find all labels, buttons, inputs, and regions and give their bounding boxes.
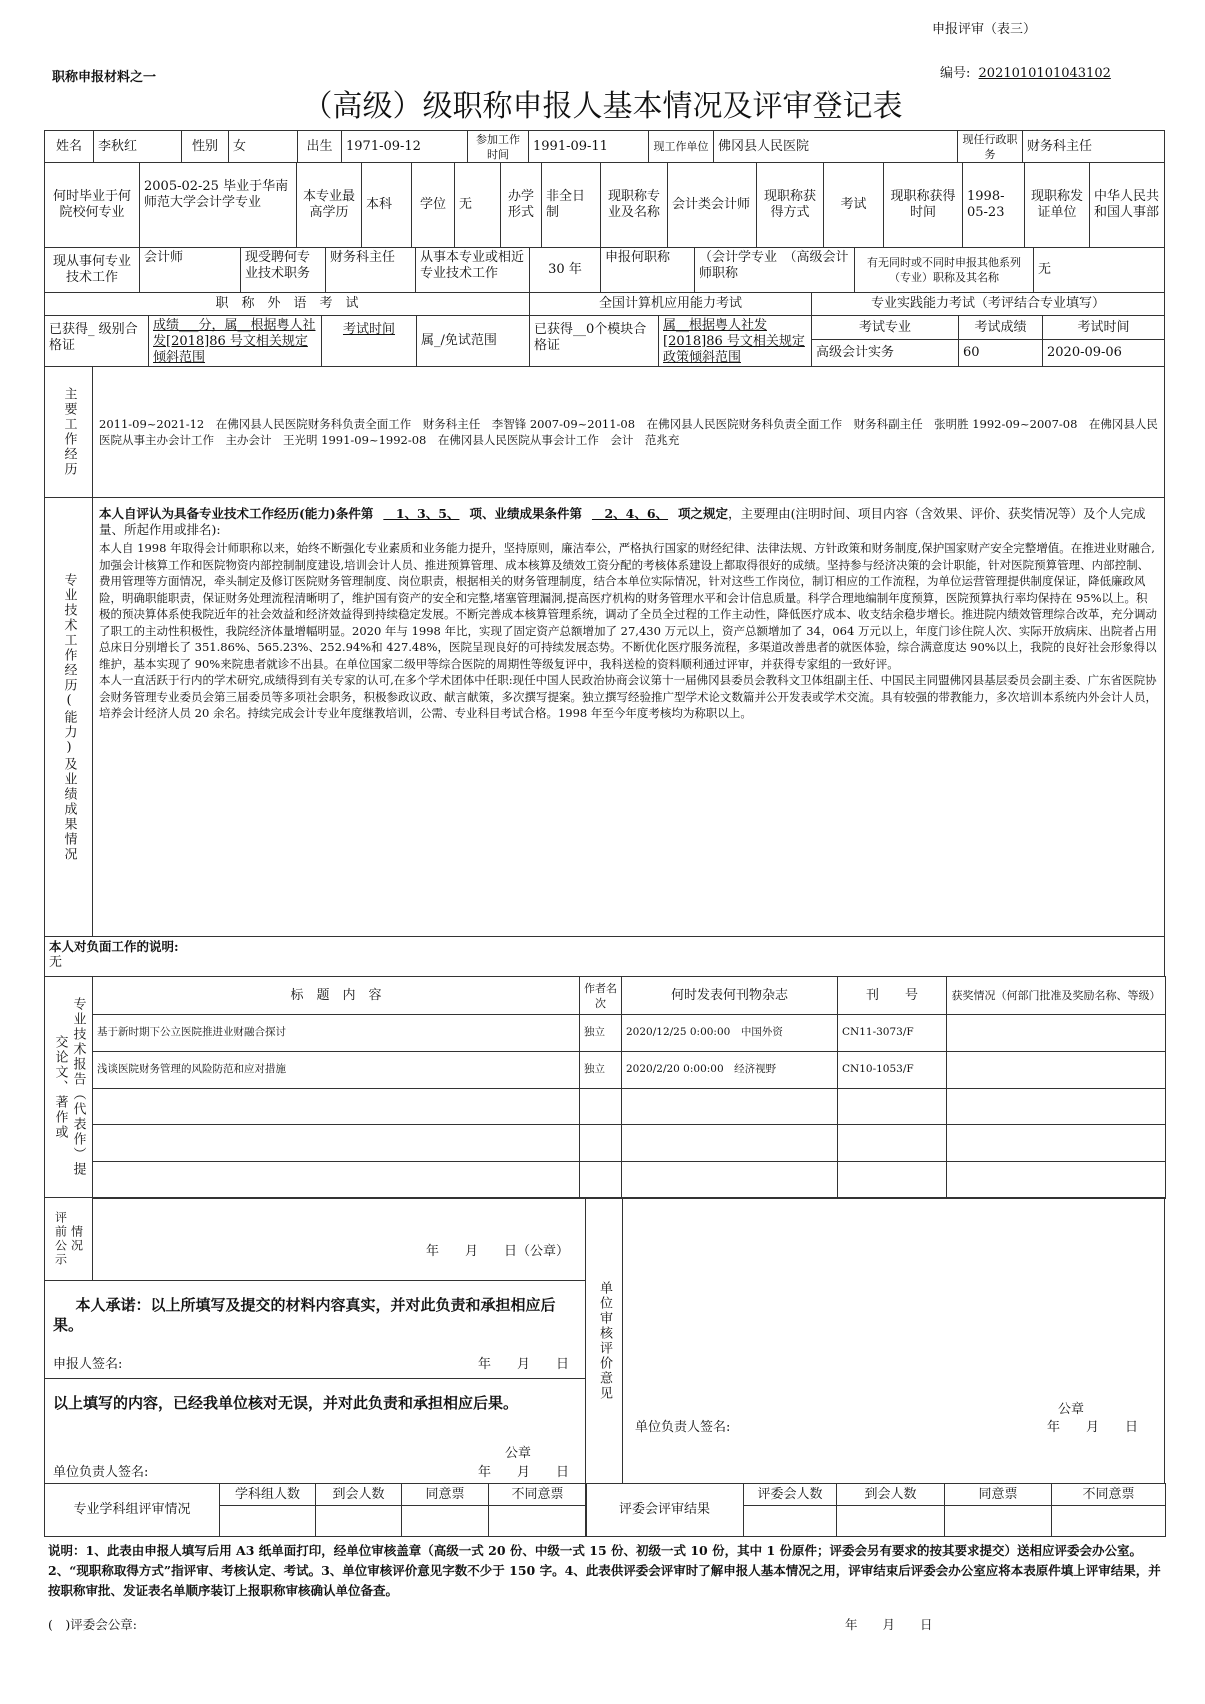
- papers-cell: 独立: [579, 1051, 622, 1089]
- committee-value-cell[interactable]: [743, 1505, 837, 1537]
- pledge-section: 本人承诺：以上所填写及提交的材料内容真实，并对此负责和承担相应后果。 申报人签名…: [44, 1280, 586, 1379]
- cur-work-label: 现从事何专业技术工作: [44, 247, 140, 293]
- papers-cell: [946, 1088, 1166, 1126]
- unit-confirm-sign-label: 单位负责人签名:: [53, 1465, 148, 1481]
- unit-review-seal: 公章: [1058, 1402, 1084, 1418]
- papers-col-header: 获奖情况（何部门批准及奖励名称、等级）: [946, 976, 1166, 1015]
- practice-major: 高级会计实务: [811, 339, 959, 367]
- degree-label: 学位: [411, 162, 455, 248]
- subject-group-col-header: 到会人数: [315, 1483, 402, 1506]
- work-start-label: 参加工作时间: [467, 130, 529, 163]
- edu-label: 本专业最高学历: [296, 162, 362, 248]
- foreign-exam-header: 职 称 外 语 考 试: [44, 292, 530, 316]
- serial-number-field: 编号: 2021010101043102: [940, 66, 1111, 82]
- subject-group-col-header: 不同意票: [488, 1483, 587, 1506]
- achievements-label-text: 专业技术工作经历(能力)及业绩成果情况: [61, 573, 77, 862]
- computer-exam-header: 全国计算机应用能力考试: [529, 292, 812, 316]
- obtain-time-value: 1998-05-23: [962, 162, 1025, 248]
- birth-label: 出生: [297, 130, 342, 163]
- unit-confirm-text: 以上填写的内容，已经我单位核对无误，并对此负责和承担相应后果。: [53, 1393, 579, 1413]
- papers-cell: 浅谈医院财务管理的风险防范和应对措施: [92, 1051, 580, 1089]
- papers-cell: [837, 1161, 947, 1199]
- unit-review-date-line: 年 月 日: [1047, 1420, 1138, 1436]
- name-value: 李秋红: [93, 130, 182, 163]
- degree-value: 无: [454, 162, 501, 248]
- subject-group-value-cell[interactable]: [488, 1505, 587, 1537]
- work-start-value: 1991-09-11: [528, 130, 649, 163]
- papers-cell: CN10-1053/F: [837, 1051, 947, 1089]
- papers-cell: [946, 1161, 1166, 1199]
- negative-section: 本人对负面工作的说明: 无: [44, 936, 1165, 977]
- foreign-score: 成绩___分，属__根据粤人社发[2018]86 号文相关规定倾斜范围: [148, 315, 322, 367]
- serial-number: 2021010101043102: [979, 66, 1111, 81]
- grad-value: 2005-02-25 毕业于华南师范大学会计学专业: [139, 162, 297, 248]
- papers-cell: [621, 1161, 838, 1199]
- unit-confirm-seal: 公章: [505, 1446, 531, 1462]
- employer-label: 现工作单位: [648, 130, 714, 163]
- obtain-method-value: 考试: [823, 162, 884, 248]
- practice-col-score: 考试成绩: [958, 315, 1043, 340]
- committee-col-header: 到会人数: [836, 1483, 945, 1506]
- papers-col-header: 作者名次: [579, 976, 622, 1015]
- papers-cell: [621, 1088, 838, 1126]
- committee-seal-label: ( )评委会公章:: [48, 1615, 137, 1633]
- papers-cell: [92, 1088, 580, 1126]
- other-apply-value: 无: [1033, 247, 1165, 293]
- papers-cell: [92, 1124, 580, 1162]
- achievements-intro-3: 项之规定: [678, 506, 728, 521]
- employer-value: 佛冈县人民医院: [713, 130, 958, 163]
- school-form-value: 非全日制: [541, 162, 601, 248]
- publicity-label-a: 评前公示: [53, 1211, 69, 1267]
- admin-post-value: 财务科主任: [1022, 130, 1165, 163]
- unit-review-content[interactable]: 单位负责人签名: 公章 年 月 日: [622, 1197, 1165, 1484]
- achievements-intro-1: 本人自评认为具备专业技术工作经历(能力)条件第: [99, 506, 373, 521]
- pledge-text: 本人承诺：以上所填写及提交的材料内容真实，并对此负责和承担相应后果。: [53, 1295, 579, 1335]
- achievements-label: 专业技术工作经历(能力)及业绩成果情况: [44, 497, 93, 937]
- practice-exam-header: 专业实践能力考试（考评结合专业填写）: [811, 292, 1165, 316]
- years-label: 从事本专业或相近专业技术工作: [415, 247, 530, 293]
- papers-cell: 2020/12/25 0:00:00 中国外资: [621, 1014, 838, 1052]
- issuer-value: 中华人民共和国人事部: [1089, 162, 1165, 248]
- committee-label: 评委会评审结果: [585, 1483, 744, 1537]
- material-label: 职称申报材料之一: [52, 66, 156, 85]
- work-history-text: 2011-09~2021-12 在佛冈县人民医院财务科负责全面工作 财务科主任 …: [92, 366, 1165, 498]
- apply-title-label: 申报何职称: [600, 247, 695, 293]
- gender-value: 女: [228, 130, 298, 163]
- subject-group-value-cell[interactable]: [219, 1505, 316, 1537]
- issuer-label: 现职称发证单位: [1024, 162, 1090, 248]
- gender-label: 性别: [181, 130, 229, 163]
- work-history-label: 主要工作经历: [44, 366, 93, 498]
- computer-cert: 已获得__0个模块合格证: [529, 315, 659, 367]
- name-label: 姓名: [44, 130, 94, 163]
- practice-col-major: 考试专业: [811, 315, 959, 340]
- committee-value-cell[interactable]: [944, 1505, 1052, 1537]
- computer-scope: 属__根据粤人社发[2018]86 号文相关规定政策倾斜范围: [658, 315, 812, 367]
- papers-col-header: 标 题 内 容: [92, 976, 580, 1015]
- cur-title-value: 会计类会计师: [667, 162, 757, 248]
- papers-table: 标 题 内 容作者名次何时发表何刊物杂志刊 号获奖情况（何部门批准及奖励名称、等…: [92, 976, 1165, 1198]
- practice-time: 2020-09-06: [1042, 339, 1165, 367]
- papers-label-text: 专业技术报告（代表作）提交论文、著作或: [51, 992, 87, 1182]
- subject-group-label: 专业学科组评审情况: [44, 1483, 220, 1537]
- papers-cell: [837, 1088, 947, 1126]
- foreign-cert: 已获得_ 级别合格证: [44, 315, 149, 367]
- pledge-sign-label: 申报人签名:: [53, 1357, 122, 1373]
- notes-text: 说明：1、此表由申报人填写后用 A3 纸单面打印，经单位审核盖章（高级一式 20…: [48, 1541, 1168, 1601]
- papers-cell: [579, 1161, 622, 1199]
- cur-title-label: 现职称专业及名称: [600, 162, 668, 248]
- achievements-paragraph-1: 本人自 1998 年取得会计师职称以来，始终不断强化专业素质和业务能力提升，坚持…: [99, 540, 1158, 672]
- achievements-intro-2: 项、业绩成果条件第: [469, 506, 582, 521]
- page-title: （高级）级职称申报人基本情况及评审登记表: [0, 88, 1205, 126]
- unit-review-label-text: 单位审核评价意见: [596, 1281, 612, 1401]
- committee-value-cell[interactable]: [1051, 1505, 1166, 1537]
- edu-value: 本科: [361, 162, 412, 248]
- obtain-time-label: 现职称获得时间: [883, 162, 963, 248]
- years-value: 30 年: [529, 247, 601, 293]
- practice-score: 60: [958, 339, 1043, 367]
- papers-cell: [946, 1014, 1166, 1052]
- pledge-date-line: 年 月 日: [478, 1357, 569, 1373]
- subject-group-col-header: 同意票: [401, 1483, 489, 1506]
- papers-cell: 基于新时期下公立医院推进业财融合探讨: [92, 1014, 580, 1052]
- committee-col-header: 同意票: [944, 1483, 1052, 1506]
- committee-col-header: 不同意票: [1051, 1483, 1166, 1506]
- unit-confirm-section: 以上填写的内容，已经我单位核对无误，并对此负责和承担相应后果。 单位负责人签名:…: [44, 1378, 586, 1484]
- admin-post-label: 现任行政职务: [957, 130, 1023, 163]
- other-apply-label: 有无同时或不同时申报其他系列（专业）职称及其名称: [854, 247, 1034, 293]
- form-code: 申报评审（表三）: [932, 22, 1036, 38]
- subject-group-value-cell[interactable]: [315, 1505, 402, 1537]
- subject-group-col-header: 学科组人数: [219, 1483, 316, 1506]
- work-history-label-text: 主要工作经历: [61, 387, 77, 477]
- papers-cell: CN11-3073/F: [837, 1014, 947, 1052]
- publicity-label-b: 情况: [69, 1225, 85, 1253]
- subject-group-table: 学科组人数到会人数同意票不同意票: [219, 1483, 586, 1537]
- negative-value: 无: [49, 955, 1160, 971]
- papers-col-header: 刊 号: [837, 976, 947, 1015]
- subject-group-value-cell[interactable]: [401, 1505, 489, 1537]
- obtain-method-label: 现职称获得方式: [756, 162, 824, 248]
- papers-cell: [946, 1124, 1166, 1162]
- achievements-conditions-2: 2、4、6、: [582, 506, 678, 521]
- papers-label: 专业技术报告（代表作）提交论文、著作或: [44, 976, 93, 1198]
- achievements-conditions-1: 1、3、5、: [373, 506, 469, 521]
- foreign-time: 考试时间: [321, 315, 417, 367]
- papers-cell: 2020/2/20 0:00:00 经济视野: [621, 1051, 838, 1089]
- committee-table: 评委会人数到会人数同意票不同意票: [743, 1483, 1165, 1537]
- papers-cell: [837, 1124, 947, 1162]
- cur-work-value: 会计师: [139, 247, 241, 293]
- papers-cell: [946, 1051, 1166, 1089]
- hired-post-value: 财务科主任: [325, 247, 416, 293]
- papers-cell: [579, 1124, 622, 1162]
- papers-cell: [621, 1124, 838, 1162]
- school-form-label: 办学形式: [500, 162, 542, 248]
- publicity-label: 评前公示 情况: [44, 1197, 93, 1281]
- unit-review-sign-label: 单位负责人签名:: [635, 1420, 730, 1436]
- apply-title-value: （会计学专业 （高级会计师职称: [694, 247, 855, 293]
- hired-post-label: 现受聘何专业技术职务: [240, 247, 326, 293]
- papers-cell: [579, 1088, 622, 1126]
- practice-col-time: 考试时间: [1042, 315, 1165, 340]
- achievements-content: 本人自评认为具备专业技术工作经历(能力)条件第 1、3、5、项、业绩成果条件第 …: [92, 497, 1165, 937]
- papers-col-header: 何时发表何刊物杂志: [621, 976, 838, 1015]
- papers-cell: [92, 1161, 580, 1199]
- papers-cell: 独立: [579, 1014, 622, 1052]
- publicity-content: 年 月 日（公章）: [92, 1197, 586, 1281]
- grad-label: 何时毕业于何院校何专业: [44, 162, 140, 248]
- birth-value: 1971-09-12: [341, 130, 468, 163]
- committee-col-header: 评委会人数: [743, 1483, 837, 1506]
- foreign-exempt: 属_/免试范围: [416, 315, 530, 367]
- achievements-paragraph-2: 本人一直活跃于行内的学术研究,成绩得到有关专家的认可,在多个学术团体中任职:现任…: [99, 672, 1158, 722]
- publicity-date-line: 年 月 日（公章）: [426, 1244, 569, 1260]
- committee-value-cell[interactable]: [836, 1505, 945, 1537]
- footer-date-line: 年 月 日: [845, 1615, 933, 1633]
- negative-label: 本人对负面工作的说明:: [49, 939, 1160, 955]
- unit-review-label: 单位审核评价意见: [585, 1197, 623, 1484]
- serial-label: 编号:: [940, 66, 970, 81]
- unit-confirm-date-line: 年 月 日: [478, 1465, 569, 1481]
